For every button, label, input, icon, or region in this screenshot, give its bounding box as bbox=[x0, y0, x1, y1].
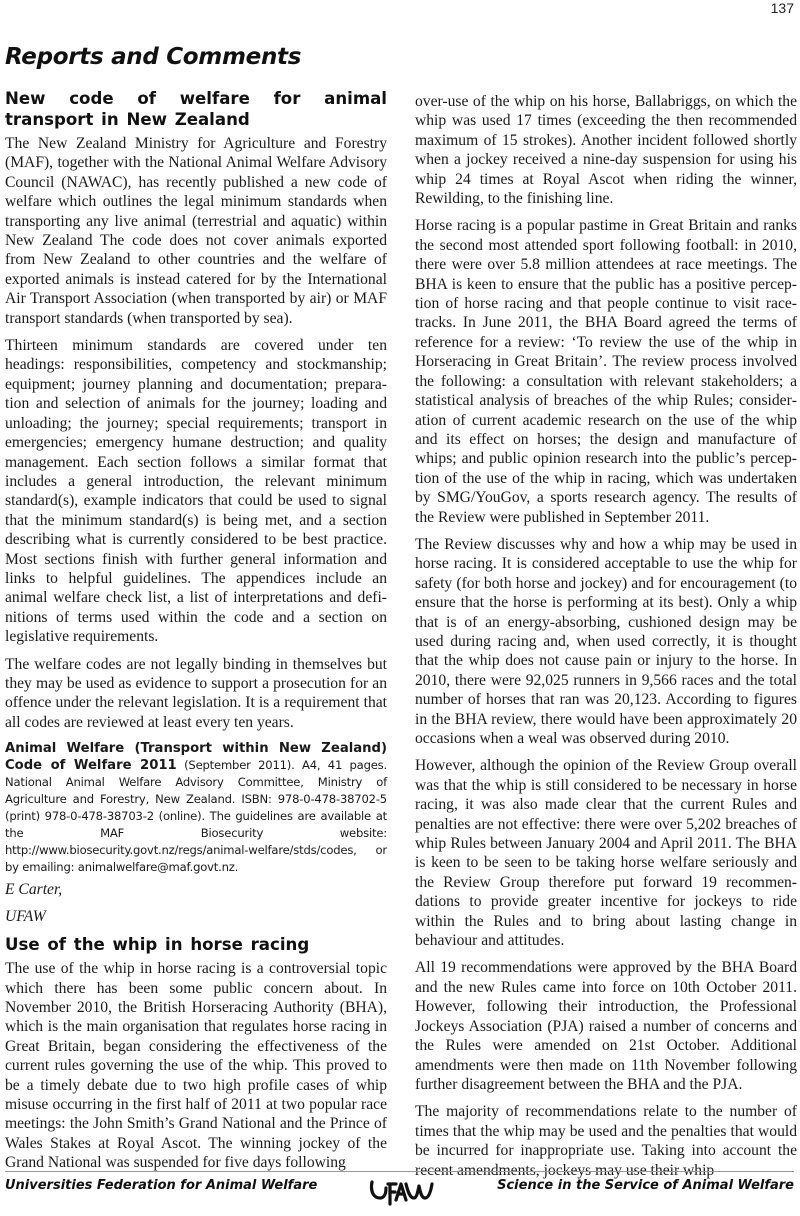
footer-tagline: Science in the Service of Animal Welfare bbox=[497, 1178, 794, 1193]
left-column: New code of welfare for animal transport… bbox=[5, 88, 387, 1181]
paragraph: The Review discusses why and how a whip … bbox=[415, 535, 797, 748]
paragraph: The welfare codes are not legally bindin… bbox=[5, 655, 387, 733]
paragraph: The use of the whip in horse racing is a… bbox=[5, 959, 387, 1172]
author-block: E Carter, UFAW bbox=[5, 880, 387, 926]
paragraph: However, although the opinion of the Rev… bbox=[415, 756, 797, 950]
paragraph: All 19 recommendations were approved by … bbox=[415, 958, 797, 1094]
paragraph: The New Zealand Ministry for Agriculture… bbox=[5, 134, 387, 328]
article-title-transport: New code of welfare for animal transport… bbox=[5, 88, 387, 130]
paragraph: The majority of recommendations relate t… bbox=[415, 1102, 797, 1180]
footer-organisation: Universities Federation for Animal Welfa… bbox=[5, 1178, 317, 1193]
ufaw-logo-icon bbox=[368, 1176, 436, 1206]
right-column: over-use of the whip on his horse, Balla… bbox=[415, 92, 797, 1188]
paragraph: Horse racing is a popular pastime in Gre… bbox=[415, 216, 797, 527]
author-name: E Carter, bbox=[5, 880, 387, 899]
section-title: Reports and Comments bbox=[5, 44, 301, 70]
article-title-whip: Use of the whip in horse racing bbox=[5, 934, 387, 955]
paragraph: over-use of the whip on his horse, Balla… bbox=[415, 92, 797, 208]
author-affiliation: UFAW bbox=[5, 907, 387, 926]
citation-details: (September 2011). A4, 41 pages. National… bbox=[5, 758, 387, 874]
page-number: 137 bbox=[771, 0, 794, 16]
footer-divider bbox=[5, 1171, 794, 1172]
paragraph: Thirteen minimum standards are covered u… bbox=[5, 336, 387, 647]
citation: Animal Welfare (Transport within New Zea… bbox=[5, 740, 387, 876]
